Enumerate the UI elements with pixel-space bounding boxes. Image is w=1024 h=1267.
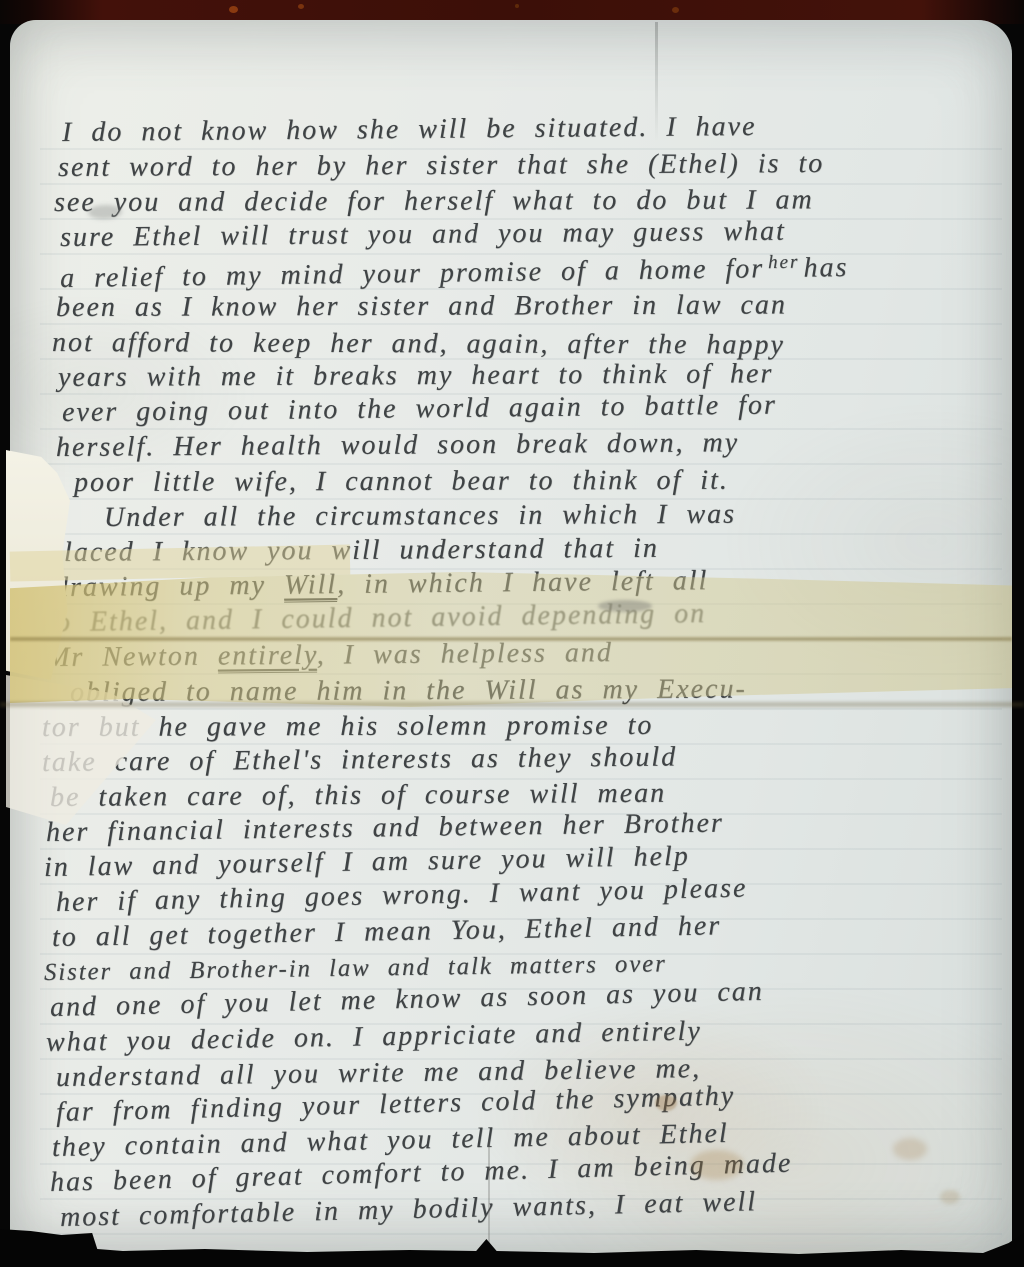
- erased-word-smudge: [598, 600, 652, 612]
- stain-spot: [940, 1190, 960, 1204]
- letter-line: sent word to her by her sister that she …: [58, 145, 1002, 185]
- underlined-word: entirely: [218, 640, 317, 674]
- letter-line: poor little wife, I cannot bear to think…: [74, 462, 1002, 500]
- fold-shadow: [0, 702, 1024, 707]
- rust-spot: [515, 4, 519, 8]
- letter-photograph: I do not know how she will be situated. …: [0, 0, 1024, 1267]
- letter-line: herself. Her health would soon break dow…: [56, 423, 1002, 465]
- letter-paper: I do not know how she will be situated. …: [10, 20, 1012, 1261]
- rust-spot: [229, 6, 238, 13]
- rust-spot: [298, 4, 304, 9]
- letter-line: I do not know how she will be situated. …: [62, 107, 1002, 150]
- letter-line-faded: Mr Newton entirely, I was helpless and: [46, 632, 1002, 675]
- underlined-word: Will: [284, 569, 337, 603]
- rust-spot: [672, 7, 679, 13]
- letter-body: I do not know how she will be situated. …: [40, 115, 1002, 1235]
- stain-spot: [690, 1150, 744, 1180]
- stain-spot: [893, 1138, 927, 1160]
- letter-line: been as I know her sister and Brother in…: [56, 287, 1002, 325]
- fold-crease-vertical-bottom: [488, 1140, 490, 1250]
- fold-crease-vertical-top: [655, 22, 658, 142]
- stain-spot: [655, 1095, 677, 1111]
- inserted-word: her: [768, 245, 800, 280]
